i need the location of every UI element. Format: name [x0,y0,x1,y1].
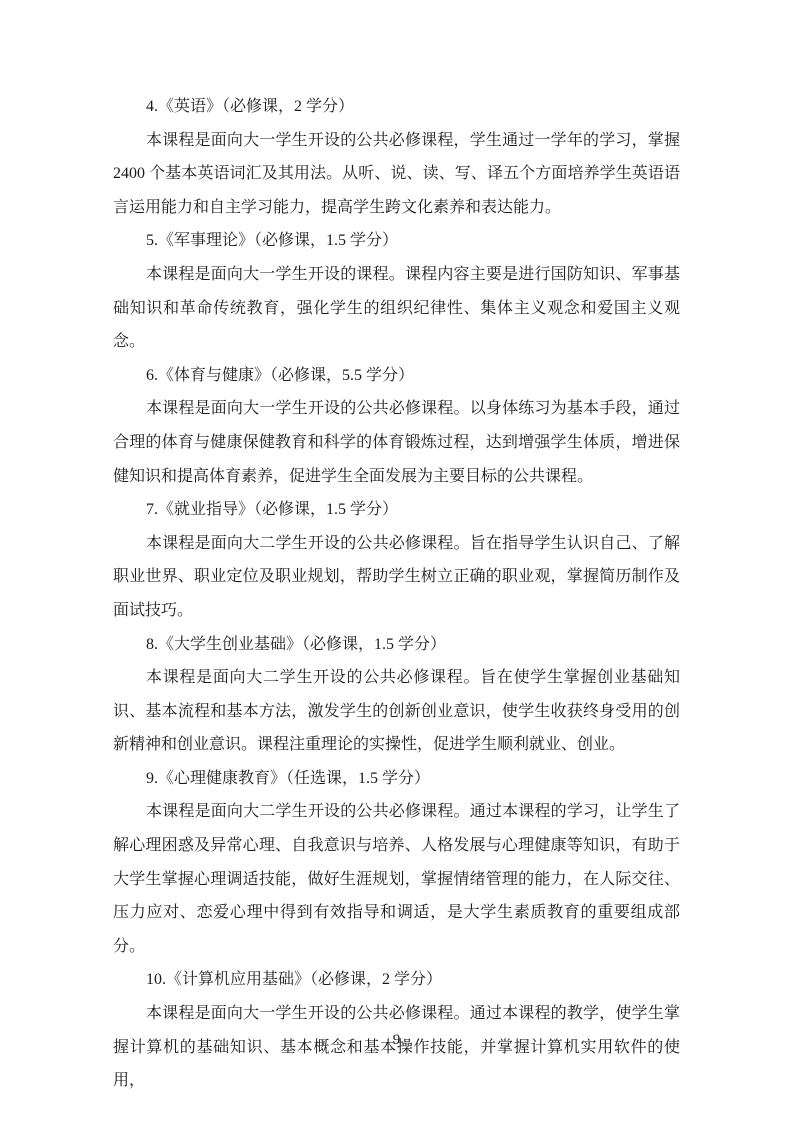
course-heading: 4.《英语》（必修课，2 学分） [113,90,680,124]
course-section-english: 4.《英语》（必修课，2 学分） 本课程是面向大一学生开设的公共必修课程，学生通… [113,90,680,224]
course-section-pe-health: 6.《体育与健康》（必修课，5.5 学分） 本课程是面向大一学生开设的公共必修课… [113,359,680,493]
course-description: 本课程是面向大一学生开设的公共必修课程。以身体练习为基本手段，通过合理的体育与健… [113,392,680,493]
course-description: 本课程是面向大二学生开设的公共必修课程。旨在使学生掌握创业基础知识、基本流程和基… [113,661,680,762]
course-section-mental-health: 9.《心理健康教育》（任选课，1.5 学分） 本课程是面向大二学生开设的公共必修… [113,762,680,964]
course-description: 本课程是面向大一学生开设的课程。课程内容主要是进行国防知识、军事基础知识和革命传… [113,258,680,359]
document-body: 4.《英语》（必修课，2 学分） 本课程是面向大一学生开设的公共必修课程，学生通… [113,90,680,1098]
page-number: 9 [0,1031,793,1049]
course-heading: 8.《大学生创业基础》（必修课，1.5 学分） [113,628,680,662]
course-heading: 7.《就业指导》（必修课，1.5 学分） [113,493,680,527]
course-description: 本课程是面向大二学生开设的公共必修课程。旨在指导学生认识自己、了解职业世界、职业… [113,527,680,628]
course-description: 本课程是面向大二学生开设的公共必修课程。通过本课程的学习，让学生了解心理困惑及异… [113,795,680,963]
course-section-entrepreneurship: 8.《大学生创业基础》（必修课，1.5 学分） 本课程是面向大二学生开设的公共必… [113,628,680,762]
course-heading: 10.《计算机应用基础》（必修课，2 学分） [113,963,680,997]
course-heading: 5.《军事理论》（必修课，1.5 学分） [113,224,680,258]
document-page: 4.《英语》（必修课，2 学分） 本课程是面向大一学生开设的公共必修课程，学生通… [0,0,793,1122]
course-section-military-theory: 5.《军事理论》（必修课，1.5 学分） 本课程是面向大一学生开设的课程。课程内… [113,224,680,358]
course-description: 本课程是面向大一学生开设的公共必修课程，学生通过一学年的学习，掌握 2400 个… [113,124,680,225]
course-heading: 6.《体育与健康》（必修课，5.5 学分） [113,359,680,393]
course-section-career-guidance: 7.《就业指导》（必修课，1.5 学分） 本课程是面向大二学生开设的公共必修课程… [113,493,680,627]
course-heading: 9.《心理健康教育》（任选课，1.5 学分） [113,762,680,796]
